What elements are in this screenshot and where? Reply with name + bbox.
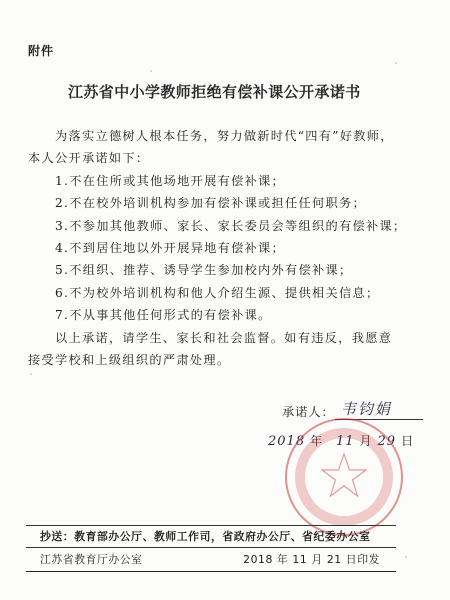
intro-line-2: 本人公开承诺如下： <box>28 147 423 169</box>
date-day-suffix: 日 <box>401 434 414 448</box>
cc-label: 抄送： <box>40 530 74 543</box>
paper-speck <box>395 62 397 64</box>
date-month-suffix: 月 <box>359 434 372 448</box>
paper-speck <box>405 556 407 558</box>
intro-line-1: 为落实立德树人根本任务，努力做新时代“四有”好教师， <box>28 125 423 147</box>
closing-line-1: 以上承诺，请学生、家长和社会监督。如有违反，我愿意 <box>28 327 423 349</box>
date-month: 11 <box>336 434 355 449</box>
document-title: 江苏省中小学教师拒绝有偿补课公开承诺书 <box>68 81 368 102</box>
distribution-footer: 抄送：教育部办公厅、教师工作司，省政府办公厅、省纪委办公室 江苏省教育厅办公室 … <box>26 525 396 572</box>
document-body: 为落实立德树人根本任务，努力做新时代“四有”好教师， 本人公开承诺如下： 1.不… <box>28 125 423 371</box>
handwritten-signature: 韦钧娟 <box>335 398 423 420</box>
signature-label: 承诺人： <box>282 403 335 420</box>
issuer: 江苏省教育厅办公室 <box>40 552 143 567</box>
commitment-item: 1.不在住所或其他场地开展有偿补课； <box>28 170 423 192</box>
date-year: 2018 <box>268 434 305 449</box>
document-page: 附件 江苏省中小学教师拒绝有偿补课公开承诺书 为落实立德树人根本任务，努力做新时… <box>0 0 450 600</box>
commitment-item: 3.不参加其他教师、家长、家长委员会等组织的有偿补课； <box>28 215 423 237</box>
issue-date: 2018 年 11 月 21 日印发 <box>243 552 380 567</box>
commitment-item: 7.不从事其他任何形式的有偿补课。 <box>28 304 423 326</box>
commitment-item: 4.不到居住地以外开展异地有偿补课； <box>28 237 423 259</box>
date-day: 29 <box>378 434 397 449</box>
paper-speck <box>150 70 152 72</box>
paper-speck <box>30 373 32 375</box>
signature-block: 承诺人： 韦钧娟 <box>282 398 423 420</box>
cc-recipients: 教育部办公厅、教师工作司，省政府办公厅、省纪委办公室 <box>74 530 370 543</box>
issue-row: 江苏省教育厅办公室 2018 年 11 月 21 日印发 <box>26 547 396 572</box>
cc-row: 抄送：教育部办公厅、教师工作司，省政府办公厅、省纪委办公室 <box>26 525 396 547</box>
commitment-item: 6.不为校外培训机构和他人介绍生源、提供相关信息； <box>28 282 423 304</box>
commitment-item: 2.不在校外培训机构参加有偿补课或担任任何职务； <box>28 192 423 214</box>
closing-line-2: 接受学校和上级组织的严肃处理。 <box>28 349 423 371</box>
paper-speck <box>245 556 247 558</box>
commitment-item: 5.不组织、推荐、诱导学生参加校内外有偿补课； <box>28 259 423 281</box>
signature-date: 2018 年 11 月 29 日 <box>268 432 414 449</box>
date-year-suffix: 年 <box>310 434 323 448</box>
attachment-label: 附件 <box>28 42 54 59</box>
